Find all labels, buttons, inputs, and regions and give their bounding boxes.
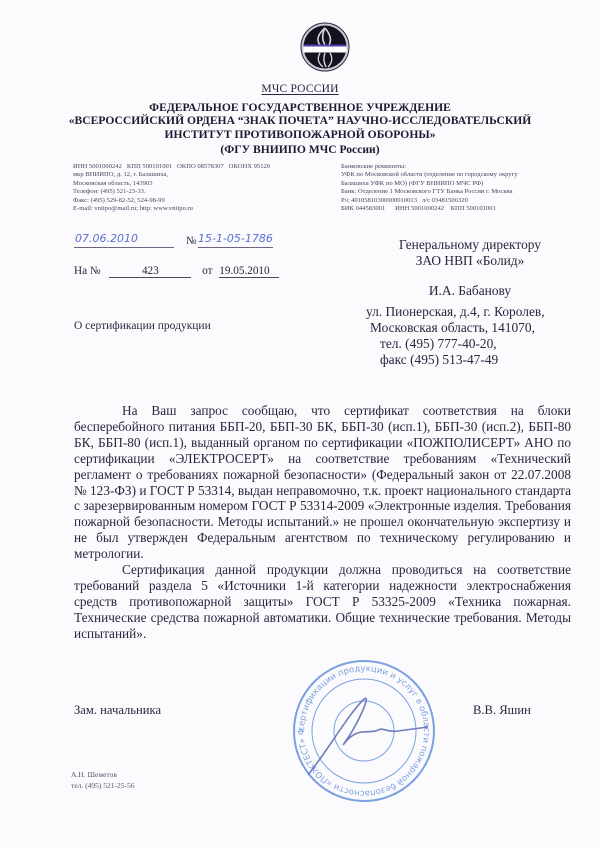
- address-line: факс (495) 513-47-49: [366, 352, 580, 368]
- requisite-line: Телефон: (495) 521-23-33.: [73, 188, 270, 196]
- executor-phone: тел. (495) 521-25-56: [71, 780, 134, 791]
- addressee-company: ЗАО НВП «Болид»: [360, 253, 580, 269]
- requisite-line: Банковские реквизиты:: [341, 163, 518, 171]
- svg-text:сертификации продукции и услуг: сертификации продукции и услуг в области…: [288, 655, 431, 798]
- letter-subject: О сертификации продукции: [74, 320, 211, 332]
- org-line: ИНСТИТУТ ПРОТИВОПОЖАРНОЙ ОБОРОНЫ»: [0, 128, 600, 141]
- body-paragraph: Сертификация данной продукции должна про…: [74, 562, 571, 642]
- organization-name: ФЕДЕРАЛЬНОЕ ГОСУДАРСТВЕННОЕ УЧРЕЖДЕНИЕ «…: [0, 101, 600, 156]
- reply-reference: На № 423 от 19.05.2010: [74, 265, 279, 278]
- signature-scribble: [308, 698, 428, 775]
- requisite-line: Балашиха УФК по МО) (ФГУ ВНИИПО МЧС РФ): [341, 180, 518, 188]
- org-line: «ВСЕРОССИЙСКИЙ ОРДЕНА “ЗНАК ПОЧЕТА” НАУЧ…: [0, 114, 600, 127]
- addressee-position: Генеральному директору: [360, 237, 580, 253]
- organization-requisites: ИНН 5001000242 КПП 500101001 ОКПО 085783…: [73, 163, 270, 213]
- requisite-line: Московская область, 143903: [73, 180, 270, 188]
- outgoing-date: 07.06.2010: [75, 232, 138, 245]
- reply-number: 423: [109, 265, 191, 278]
- signatory-title: Зам. начальника: [74, 703, 161, 718]
- org-line: ФЕДЕРАЛЬНОЕ ГОСУДАРСТВЕННОЕ УЧРЕЖДЕНИЕ: [0, 101, 600, 114]
- outgoing-number-label: №: [186, 235, 197, 247]
- requisite-line: мкр ВНИИПО, д. 12, г. Балашиха,: [73, 171, 270, 179]
- signatory-name: В.В. Яшин: [473, 703, 531, 718]
- outgoing-date-field: 07.06.2010: [74, 234, 174, 248]
- reply-from-label: от: [202, 265, 212, 277]
- requisite-line: Р/с 40105810300000010013 л/с 03481506320: [341, 197, 518, 205]
- requisite-line: ИНН 5001000242 КПП 500101001 ОКПО 085783…: [73, 163, 270, 171]
- requisite-line: БИК 044583001 ИНН 5001000242 КПП 5001010…: [341, 205, 518, 213]
- address-line: ул. Пионерская, д.4, г. Королев,: [366, 304, 580, 320]
- reply-date: 19.05.2010: [219, 265, 279, 278]
- requisite-line: Факс: (495) 529-82-52, 524-98-99: [73, 197, 270, 205]
- addressee-address: ул. Пионерская, д.4, г. Королев, Московс…: [360, 304, 580, 367]
- ministry-name: МЧС РОССИИ: [0, 83, 600, 95]
- reply-number-label: На №: [74, 265, 101, 277]
- body-paragraph: На Ваш запрос сообщаю, что сертификат со…: [74, 403, 571, 562]
- requisite-line: E-mail: vniipo@mail.ru; http: www.vniipo…: [73, 205, 270, 213]
- stamp-text: сертификации продукции и услуг в области…: [288, 655, 431, 798]
- official-stamp: сертификации продукции и услуг в области…: [288, 655, 440, 807]
- letter-body: На Ваш запрос сообщаю, что сертификат со…: [74, 403, 571, 642]
- requisite-line: Банк: Отделение 1 Московского ГТУ Банка …: [341, 188, 518, 196]
- org-line: (ФГУ ВНИИПО МЧС России): [0, 143, 600, 156]
- outgoing-number: 15-1-05-1786: [198, 232, 273, 245]
- outgoing-number-field: 15-1-05-1786: [198, 234, 273, 248]
- mchs-emblem-icon: [300, 22, 350, 72]
- addressee-block: Генеральному директору ЗАО НВП «Болид» И…: [360, 237, 580, 368]
- bank-requisites: Банковские реквизиты: УФК по Московской …: [341, 163, 518, 213]
- requisite-line: УФК по Московской области (отделение по …: [341, 171, 518, 179]
- address-line: Московская область, 141070,: [366, 320, 580, 336]
- addressee-name: И.А. Бабанову: [360, 283, 580, 299]
- executor-block: А.Н. Шеметов тел. (495) 521-25-56: [71, 769, 134, 791]
- address-line: тел. (495) 777-40-20,: [366, 336, 580, 352]
- executor-name: А.Н. Шеметов: [71, 769, 134, 780]
